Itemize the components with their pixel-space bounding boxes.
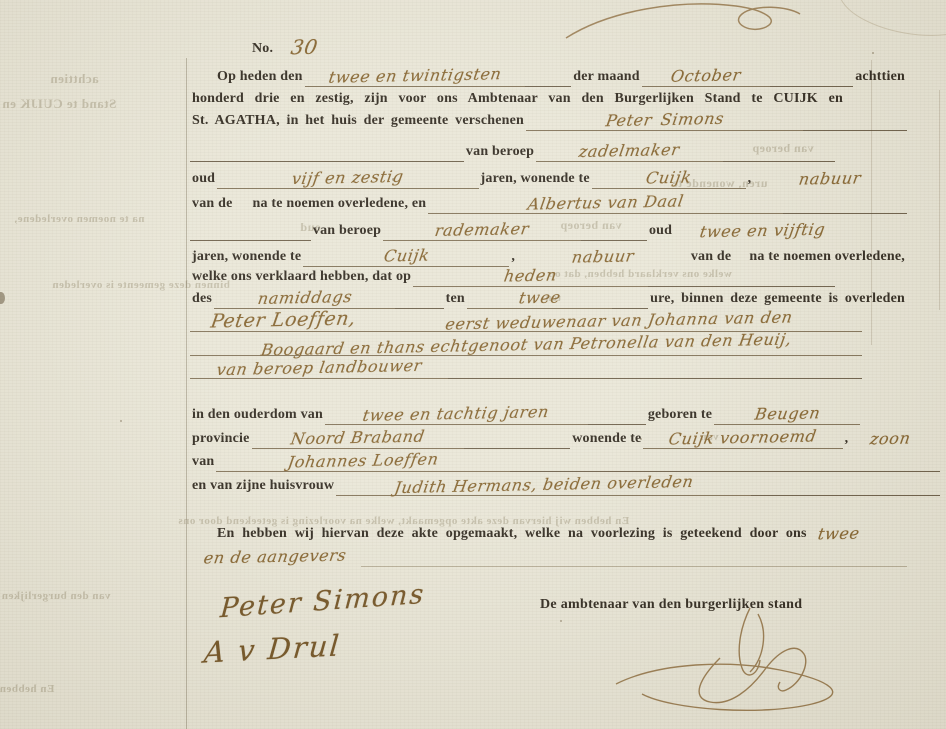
- handwriting-ink: zoon: [865, 430, 916, 448]
- handwritten-entry: Johannes Loeffen: [216, 453, 509, 472]
- form-line-slot: En hebben wij hiervan deze akte opgemaak…: [215, 520, 930, 544]
- fill-rule-line: [448, 354, 862, 379]
- handwriting-ink: Peter Loeffen,: [205, 309, 361, 332]
- handwritten-entry: twee: [467, 290, 612, 309]
- printed-text: jaren, wonende te: [479, 171, 592, 189]
- form-line-beroep1: van beroepzadelmaker: [190, 138, 835, 162]
- handwritten-entry: twee en tachtig jaren: [325, 406, 588, 425]
- handwriting-ink: Noord Braband: [286, 429, 430, 449]
- printed-text: No.: [250, 41, 275, 59]
- handwritten-entry: Cuijk: [592, 170, 746, 189]
- handwritten-entry: Peter Simons: [526, 112, 803, 131]
- handwriting-ink: van beroep landbouwer: [211, 358, 427, 379]
- fill-rule-line: [361, 542, 907, 567]
- form-line-year: honderd drie en zestig, zijn voor ons Am…: [190, 85, 907, 109]
- handwriting-ink: Cuijk: [641, 169, 697, 187]
- handwritten-entry: en de aangevers: [190, 549, 361, 567]
- handwritten-entry: rademaker: [383, 222, 581, 241]
- fill-rule-line: [588, 400, 646, 425]
- form-line-no: No.30: [250, 35, 470, 59]
- handwriting-ink: Judith Hermans, beiden overleden: [389, 474, 699, 497]
- printed-text: provincie: [190, 431, 252, 449]
- ink-speck: [560, 620, 562, 622]
- form-line-verklaard: welke ons verklaard hebben, dat opheden: [190, 263, 835, 287]
- printed-text: na te noemen overledene, en: [251, 196, 429, 214]
- form-line-provincie: provincieNoord Brabandwonende teCuijk vo…: [190, 425, 930, 449]
- officer-signature-flourish: [600, 598, 900, 728]
- death-certificate-document: achttienStand te CUIJK envan beroepuren,…: [0, 0, 946, 729]
- handwriting-ink: heden: [499, 267, 563, 285]
- form-line-naam1: Peter Loeffen,eerst weduwenaar van Johan…: [190, 308, 862, 332]
- form-line-moeder: en van zijne huisvrouwJudith Hermans, be…: [190, 472, 940, 496]
- handwritten-entry: nabuur: [753, 171, 907, 189]
- handwritten-entry: 30: [287, 37, 322, 59]
- paper-crease-line: [186, 58, 187, 729]
- form-line-beroep2: van beroeprademakeroudtwee en vijftig: [190, 217, 850, 241]
- printed-text: van beroep: [464, 144, 536, 162]
- printed-text: en van zijne huisvrouw: [190, 478, 336, 496]
- printed-text: in den ouderdom van: [190, 407, 325, 425]
- handwritten-entry: Judith Hermans, beiden overleden: [336, 477, 751, 496]
- handwritten-entry: namiddags: [214, 290, 395, 309]
- handwritten-entry: Albertus van Daal: [428, 195, 783, 214]
- declarant2-signature: A v Drul: [203, 628, 343, 669]
- form-line-date: Op heden dentwee en twintigstender maand…: [215, 63, 907, 87]
- ink-speck: [120, 420, 122, 422]
- signature-flourish-top: [560, 0, 810, 44]
- fill-rule-line: [190, 137, 464, 162]
- bleedthrough-text: Stand te CUIJK en: [2, 97, 116, 110]
- handwritten-entry: van beroep landbouwer: [190, 360, 448, 379]
- ink-blot: [0, 292, 5, 304]
- fill-rule-line: [723, 137, 835, 162]
- blank-gap: [235, 190, 251, 214]
- form-line-slot2: en de aangevers: [190, 543, 907, 567]
- handwriting-ink: vijf en zestig: [287, 169, 409, 188]
- handwritten-entry: vijf en zestig: [217, 170, 478, 189]
- printed-text: geboren te: [646, 407, 714, 425]
- declarant1-signature: Peter Simons: [219, 579, 426, 625]
- handwriting-ink: Cuijk voornoemd: [664, 428, 822, 448]
- handwritten-entry: twee en vijftig: [674, 223, 850, 241]
- fill-rule-line: [612, 284, 648, 309]
- handwritten-entry: zadelmaker: [536, 143, 723, 162]
- handwriting-ink: Johannes Loeffen: [282, 451, 443, 471]
- printed-text: des: [190, 291, 214, 309]
- fill-rule-line: [648, 262, 835, 287]
- form-line-overl1: van dena te noemen overledene, enAlbertu…: [190, 190, 907, 214]
- ink-speck: [872, 52, 874, 54]
- handwriting-ink: Peter Simons: [600, 111, 729, 130]
- fill-rule-line: [190, 216, 311, 241]
- handwriting-ink: twee: [813, 525, 865, 543]
- fill-rule-line: [395, 284, 443, 309]
- fill-rule-line: [770, 62, 853, 87]
- printed-text: ten: [444, 291, 467, 309]
- form-line-naam2: Boogaard en thans echtgenoot van Petrone…: [190, 332, 862, 356]
- handwritten-entry: Noord Braband: [252, 430, 464, 449]
- handwriting-ink: Albertus van Daal: [522, 193, 688, 213]
- handwriting-ink: Beugen: [749, 405, 825, 423]
- officer-title: De ambtenaar van den burgerlijken stand: [540, 597, 802, 613]
- fill-rule-line: [751, 471, 940, 496]
- form-line-naam3: van beroep landbouwer: [190, 355, 862, 379]
- form-line-place: St. AGATHA, in het huis der gemeente ver…: [190, 107, 907, 131]
- handwritten-entry: Peter Loeffen,: [190, 311, 377, 332]
- fill-rule-line: [510, 447, 940, 472]
- printed-text: van: [190, 454, 216, 472]
- printed-text: ure, binnen deze gemeente is overleden: [648, 291, 907, 309]
- fill-rule-line: [464, 424, 570, 449]
- fill-rule-line: [803, 106, 907, 131]
- handwriting-ink: twee en vijftig: [694, 222, 830, 242]
- handwriting-ink: namiddags: [252, 289, 357, 308]
- handwriting-ink: rademaker: [430, 221, 535, 240]
- handwriting-ink: October: [666, 67, 747, 85]
- form-line-ouderdom: in den ouderdom vantwee en tachtig jaren…: [190, 401, 860, 425]
- fill-rule-line: [581, 216, 647, 241]
- handwriting-ink: twee en twintigsten: [323, 66, 506, 87]
- printed-text: oud: [647, 223, 674, 241]
- handwriting-ink: nabuur: [794, 170, 867, 188]
- fill-rule-line: [525, 62, 571, 87]
- handwriting-ink: twee en tachtig jaren: [358, 404, 555, 425]
- bleedthrough-text: achttien: [50, 72, 99, 85]
- handwriting-ink: en de aangevers: [199, 547, 352, 567]
- form-line-oud1: oudvijf en zestigjaren, wonende teCuijk,…: [190, 165, 907, 189]
- fill-rule-line: [783, 189, 907, 214]
- paper-crease-line: [939, 90, 940, 310]
- handwriting-ink: zadelmaker: [574, 142, 685, 161]
- bleedthrough-text: na te noemen overledene,: [14, 214, 145, 225]
- printed-text: St. AGATHA, in het huis der gemeente ver…: [190, 113, 526, 131]
- printed-text: van de: [190, 196, 235, 214]
- handwriting-ink: 30: [286, 37, 324, 59]
- printed-text: ,: [746, 171, 754, 189]
- form-line-vader: vanJohannes Loeffen: [190, 448, 940, 472]
- faint-stamp-outline: [834, 0, 946, 46]
- bleedthrough-text: En hebben wij: [0, 684, 54, 695]
- form-line-uur: desnamiddagstentweeure, binnen deze geme…: [190, 285, 907, 309]
- handwritten-entry: Beugen: [714, 406, 860, 425]
- bleedthrough-text: van den burgerlijken stand: [0, 591, 110, 602]
- printed-text: oud: [190, 171, 217, 189]
- printed-text: van beroep: [311, 223, 383, 241]
- handwriting-ink: twee: [513, 289, 565, 307]
